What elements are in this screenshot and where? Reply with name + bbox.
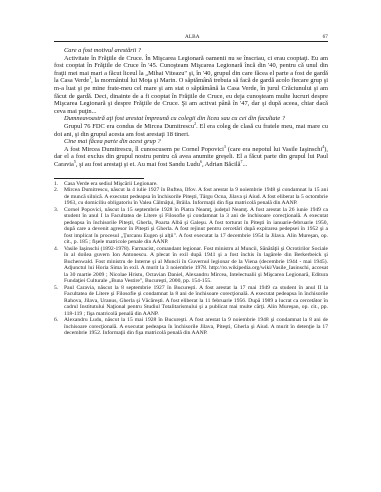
footnote-3: 3.Cornel Popovici, născut la 15 septembr… [54, 207, 328, 246]
answer-1: Activitate în Frăţiile de Cruce. În Mişc… [54, 55, 328, 116]
answer-2: Grupul 76 FDC era condus de Mircea Dumit… [54, 123, 328, 138]
footnotes: 1.Casa Verde era sediul Mişcării Legiona… [54, 181, 328, 337]
running-header: ALBA 67 [54, 34, 328, 42]
page-number: 67 [323, 34, 328, 40]
footnote-2: 2.Mircea Dumitrescu, născut la 4 iulie 1… [54, 187, 328, 207]
footnote-4: 4.Vasile Iaşinschi (1892-1978). Farmacis… [54, 246, 328, 285]
footnote-separator [54, 178, 144, 179]
question-3: Cine mai făcea parte din acest grup ? [54, 138, 328, 146]
header-title: ALBA [54, 34, 323, 40]
footnote-6: 6.Alexandru Ludu, născut la 15 mai 1928 … [54, 317, 328, 337]
footnote-5: 5.Paul Caravia, născut la 8 septembrie 1… [54, 285, 328, 318]
answer-3: A fost Mircea Dumitrescu, îl cunoscusem … [54, 146, 328, 169]
question-1: Care a fost motivul arestării ? [54, 47, 328, 55]
body-text: Care a fost motivul arestării ? Activita… [54, 47, 328, 169]
document-page: ALBA 67 Care a fost motivul arestării ? … [54, 34, 328, 337]
question-2: Dumneavoastră aţi fost arestat împreună … [54, 115, 328, 123]
